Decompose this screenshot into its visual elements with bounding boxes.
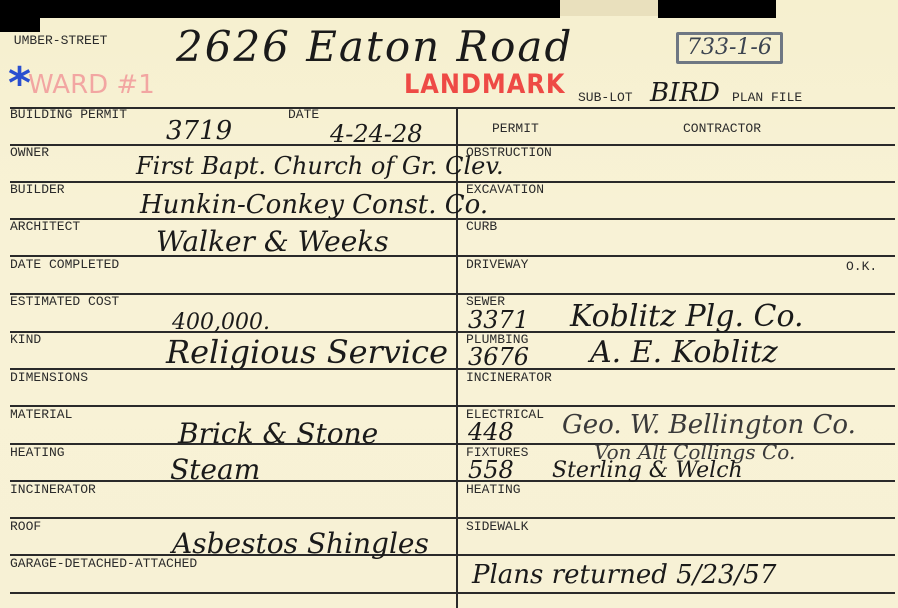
owner-value: First Bapt. Church of Gr. Clev. xyxy=(136,154,504,178)
driveway-label: DRIVEWAY xyxy=(466,258,528,271)
rule-row-11 xyxy=(10,517,895,519)
electrical-contractor: Geo. W. Bellington Co. xyxy=(562,412,856,438)
material-value: Brick & Stone xyxy=(178,420,378,448)
landmark-stamp: LANDMARK xyxy=(404,71,565,97)
architect-label: ARCHITECT xyxy=(10,220,80,233)
roof-value: Asbestos Shingles xyxy=(172,530,429,558)
kind-value: Religious Service xyxy=(166,336,448,368)
rule-row-2 xyxy=(10,181,895,183)
plans-returned-note: Plans returned 5/23/57 xyxy=(472,562,776,588)
rule-row-1 xyxy=(10,144,895,146)
sewer-contractor: Koblitz Plg. Co. xyxy=(570,302,804,332)
building-permit-label: BUILDING PERMIT xyxy=(10,108,127,121)
sewer-permit: 3371 xyxy=(468,308,529,332)
plumbing-permit: 3676 xyxy=(468,345,529,369)
date-label: DATE xyxy=(288,108,319,121)
plan-file-label: PLAN FILE xyxy=(732,91,802,104)
number-street-label: NUMBER-STREET xyxy=(6,34,107,47)
garage-label: GARAGE-DETACHED-ATTACHED xyxy=(10,557,197,570)
sub-lot-label: SUB-LOT xyxy=(578,91,633,104)
column-divider xyxy=(456,107,458,608)
date-completed-label: DATE COMPLETED xyxy=(10,258,119,271)
plumbing-contractor: A. E. Koblitz xyxy=(590,338,778,368)
dimensions-label: DIMENSIONS xyxy=(10,371,88,384)
scan-border-top-left-corner xyxy=(0,18,40,32)
driveway-note: O.K. xyxy=(846,260,877,273)
paper-tear xyxy=(560,0,658,16)
fixtures-contractor: Sterling & Welch xyxy=(552,460,743,482)
architect-value: Walker & Weeks xyxy=(156,228,389,256)
estimated-cost-value: 400,000. xyxy=(172,312,270,334)
rule-row-13 xyxy=(10,592,895,594)
obstruction-label: OBSTRUCTION xyxy=(466,146,552,159)
ward-note: WARD #1 xyxy=(28,72,155,98)
rule-row-5 xyxy=(10,293,895,295)
sidewalk-label: SIDEWALK xyxy=(466,520,528,533)
material-label: MATERIAL xyxy=(10,408,72,421)
estimated-cost-label: ESTIMATED COST xyxy=(10,295,119,308)
roof-label: ROOF xyxy=(10,520,41,533)
building-permit-value: 3719 xyxy=(166,118,232,144)
incinerator-label: INCINERATOR xyxy=(10,483,96,496)
fixtures-permit: 558 xyxy=(468,458,514,482)
incinerator-right-label: INCINERATOR xyxy=(466,371,552,384)
excavation-label: EXCAVATION xyxy=(466,183,544,196)
sub-lot-value: BIRD xyxy=(650,80,720,106)
heating-label: HEATING xyxy=(10,446,65,459)
rule-row-4 xyxy=(10,255,895,257)
heating-value: Steam xyxy=(170,456,260,484)
scan-border-top-right xyxy=(658,0,776,18)
heating-right-label: HEATING xyxy=(466,483,521,496)
date-value: 4-24-28 xyxy=(330,122,423,146)
curb-label: CURB xyxy=(466,220,497,233)
contractor-column-header: CONTRACTOR xyxy=(683,122,761,135)
builder-label: BUILDER xyxy=(10,183,65,196)
builder-value: Hunkin-Conkey Const. Co. xyxy=(140,192,488,218)
rule-row-10 xyxy=(10,480,895,482)
rule-row-8 xyxy=(10,405,895,407)
address-value: 2626 Eaton Road xyxy=(176,26,573,68)
electrical-permit: 448 xyxy=(468,420,514,444)
permit-card: NUMBER-STREET 2626 Eaton Road * WARD #1 … xyxy=(0,0,898,608)
owner-label: OWNER xyxy=(10,146,49,159)
file-number-box: 733-1-6 xyxy=(676,32,783,64)
scan-border-top-left xyxy=(0,0,560,18)
rule-header xyxy=(10,107,895,109)
permit-column-header: PERMIT xyxy=(492,122,539,135)
kind-label: KIND xyxy=(10,333,41,346)
